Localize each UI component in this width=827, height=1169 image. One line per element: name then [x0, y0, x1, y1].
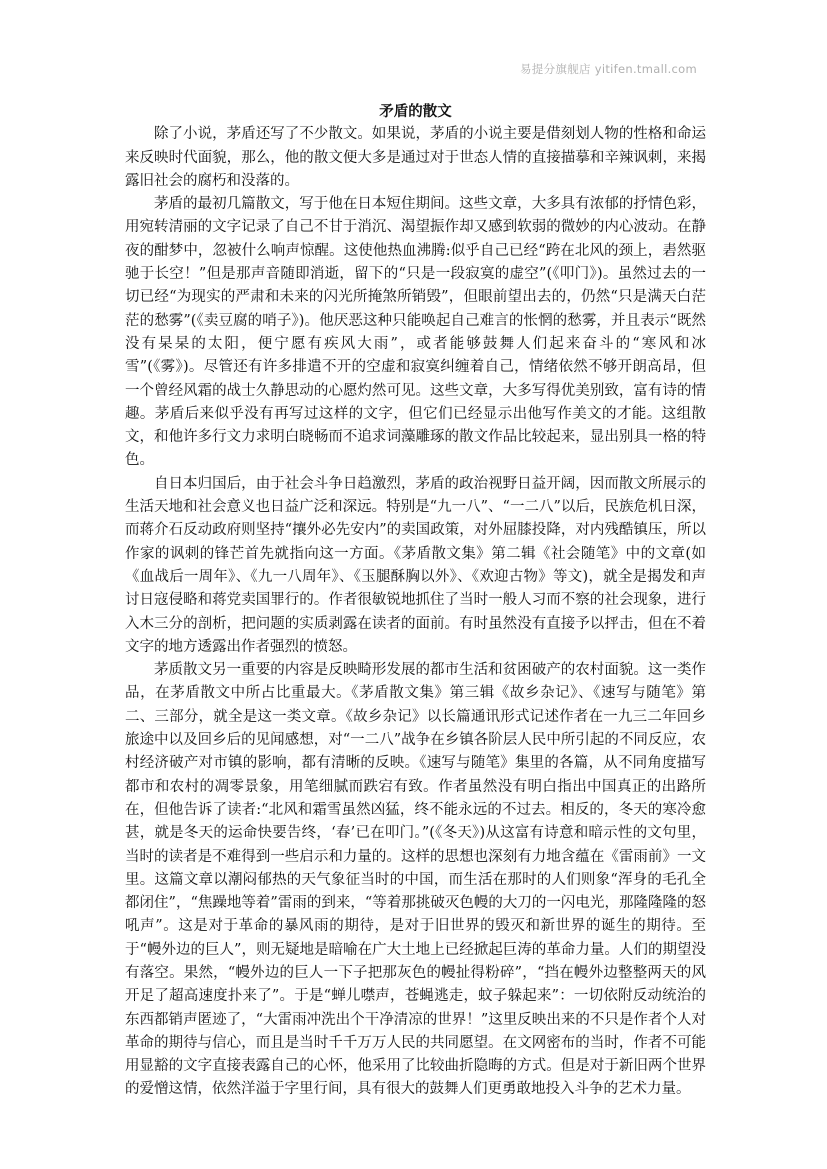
document-title: 矛盾的散文	[125, 100, 706, 123]
paragraph-1: 除了小说，茅盾还写了不少散文。如果说，茅盾的小说主要是借刻划人物的性格和命运来反…	[125, 123, 706, 193]
document-page: 矛盾的散文 除了小说，茅盾还写了不少散文。如果说，茅盾的小说主要是借刻划人物的性…	[125, 100, 706, 1102]
paragraph-2: 茅盾的最初几篇散文，写于他在日本短住期间。这些文章，大多具有浓郁的抒情色彩，用宛…	[125, 193, 706, 473]
paragraph-3: 自日本归国后，由于社会斗争日趋激烈，茅盾的政治视野日益开阔，因而散文所展示的生活…	[125, 473, 706, 659]
watermark-text: 易提分旗舰店 yitifen.tmall.com	[520, 61, 697, 77]
paragraph-4: 茅质散文另一重要的内容是反映畸形发展的都市生活和贫困破产的农村面貌。这一类作品，…	[125, 659, 706, 1102]
